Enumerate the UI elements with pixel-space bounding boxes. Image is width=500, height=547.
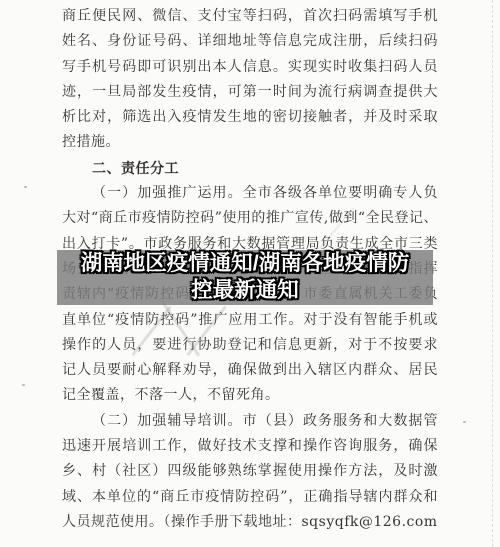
title-overlay-banner: 湖南地区疫情通知/湖南各地疫情防 控最新通知	[57, 250, 433, 305]
document-line: 直单位“疫情防控码”推广应用工作。对于没有智能手机或不会	[62, 308, 438, 333]
page-edge-line	[492, 0, 493, 547]
document-line: 姓名、身份证号码、详细地址等信息完成注册，后续扫码只需填	[62, 29, 438, 54]
scan-speck	[22, 384, 25, 386]
document-line: 大对“商丘市疫情防控码”使用的推广宣传,做到“全民登记、	[62, 206, 438, 231]
document-line: 商丘便民网、微信、支付宝等扫码，首次扫码需填写手机号码、	[62, 4, 438, 29]
overlay-title: 湖南地区疫情通知/湖南各地疫情防 控最新通知	[41, 250, 449, 304]
document-line: 二、责任分工	[62, 156, 438, 181]
document-line: 乡、村（社区）四级能够熟练掌握使用操作方法，及时激活本区	[62, 459, 438, 484]
document-line: 域、本单位的“商丘市疫情防控码”，正确指导辖内群众和来商	[62, 485, 438, 510]
document-line: 人员规范使用。（操作手册下载地址：sqsyqfk@126.com 密码	[62, 510, 438, 535]
document-line: 迹，一旦局部发生疫情，可第一时间为流行病调查提供大数据分	[62, 80, 438, 105]
document-line: 析比对，筛选出入疫情发生地的密切接触者，并及时采取精准防	[62, 105, 438, 130]
document-line: 写手机号码即可识别出本人信息。实现实时收集扫码人员行动轨	[62, 55, 438, 80]
scan-speck	[463, 421, 466, 423]
scanned-document-page: 商丘便民网、微信、支付宝等扫码，首次扫码需填写手机号码、姓名、身份证号码、详细地…	[0, 0, 500, 547]
overlay-title-line-2: 控最新通知	[191, 278, 299, 302]
document-line: 记全覆盖，不落一人，不留死角。	[62, 383, 438, 408]
document-line: 控措施。	[62, 130, 438, 155]
document-line: 迅速开展培训工作，做好技术支撑和操作咨询服务，确保市、县	[62, 434, 438, 459]
document-line: 记人员要耐心解释劝导，确保做到出入辖区内群众、居民扫码登	[62, 358, 438, 383]
document-line: （一）加强推广运用。全市各级各单位要明确专人负责，加	[62, 181, 438, 206]
document-line: 操作的人员，要进行协助登记和信息更新，对于不按要求及时登	[62, 333, 438, 358]
overlay-title-line-1: 湖南地区疫情通知/湖南各地疫情防	[81, 251, 409, 275]
document-line: （二）加强辅导培训。市（县）政务服务和大数据管理局要	[62, 409, 438, 434]
scan-speck	[24, 186, 27, 188]
